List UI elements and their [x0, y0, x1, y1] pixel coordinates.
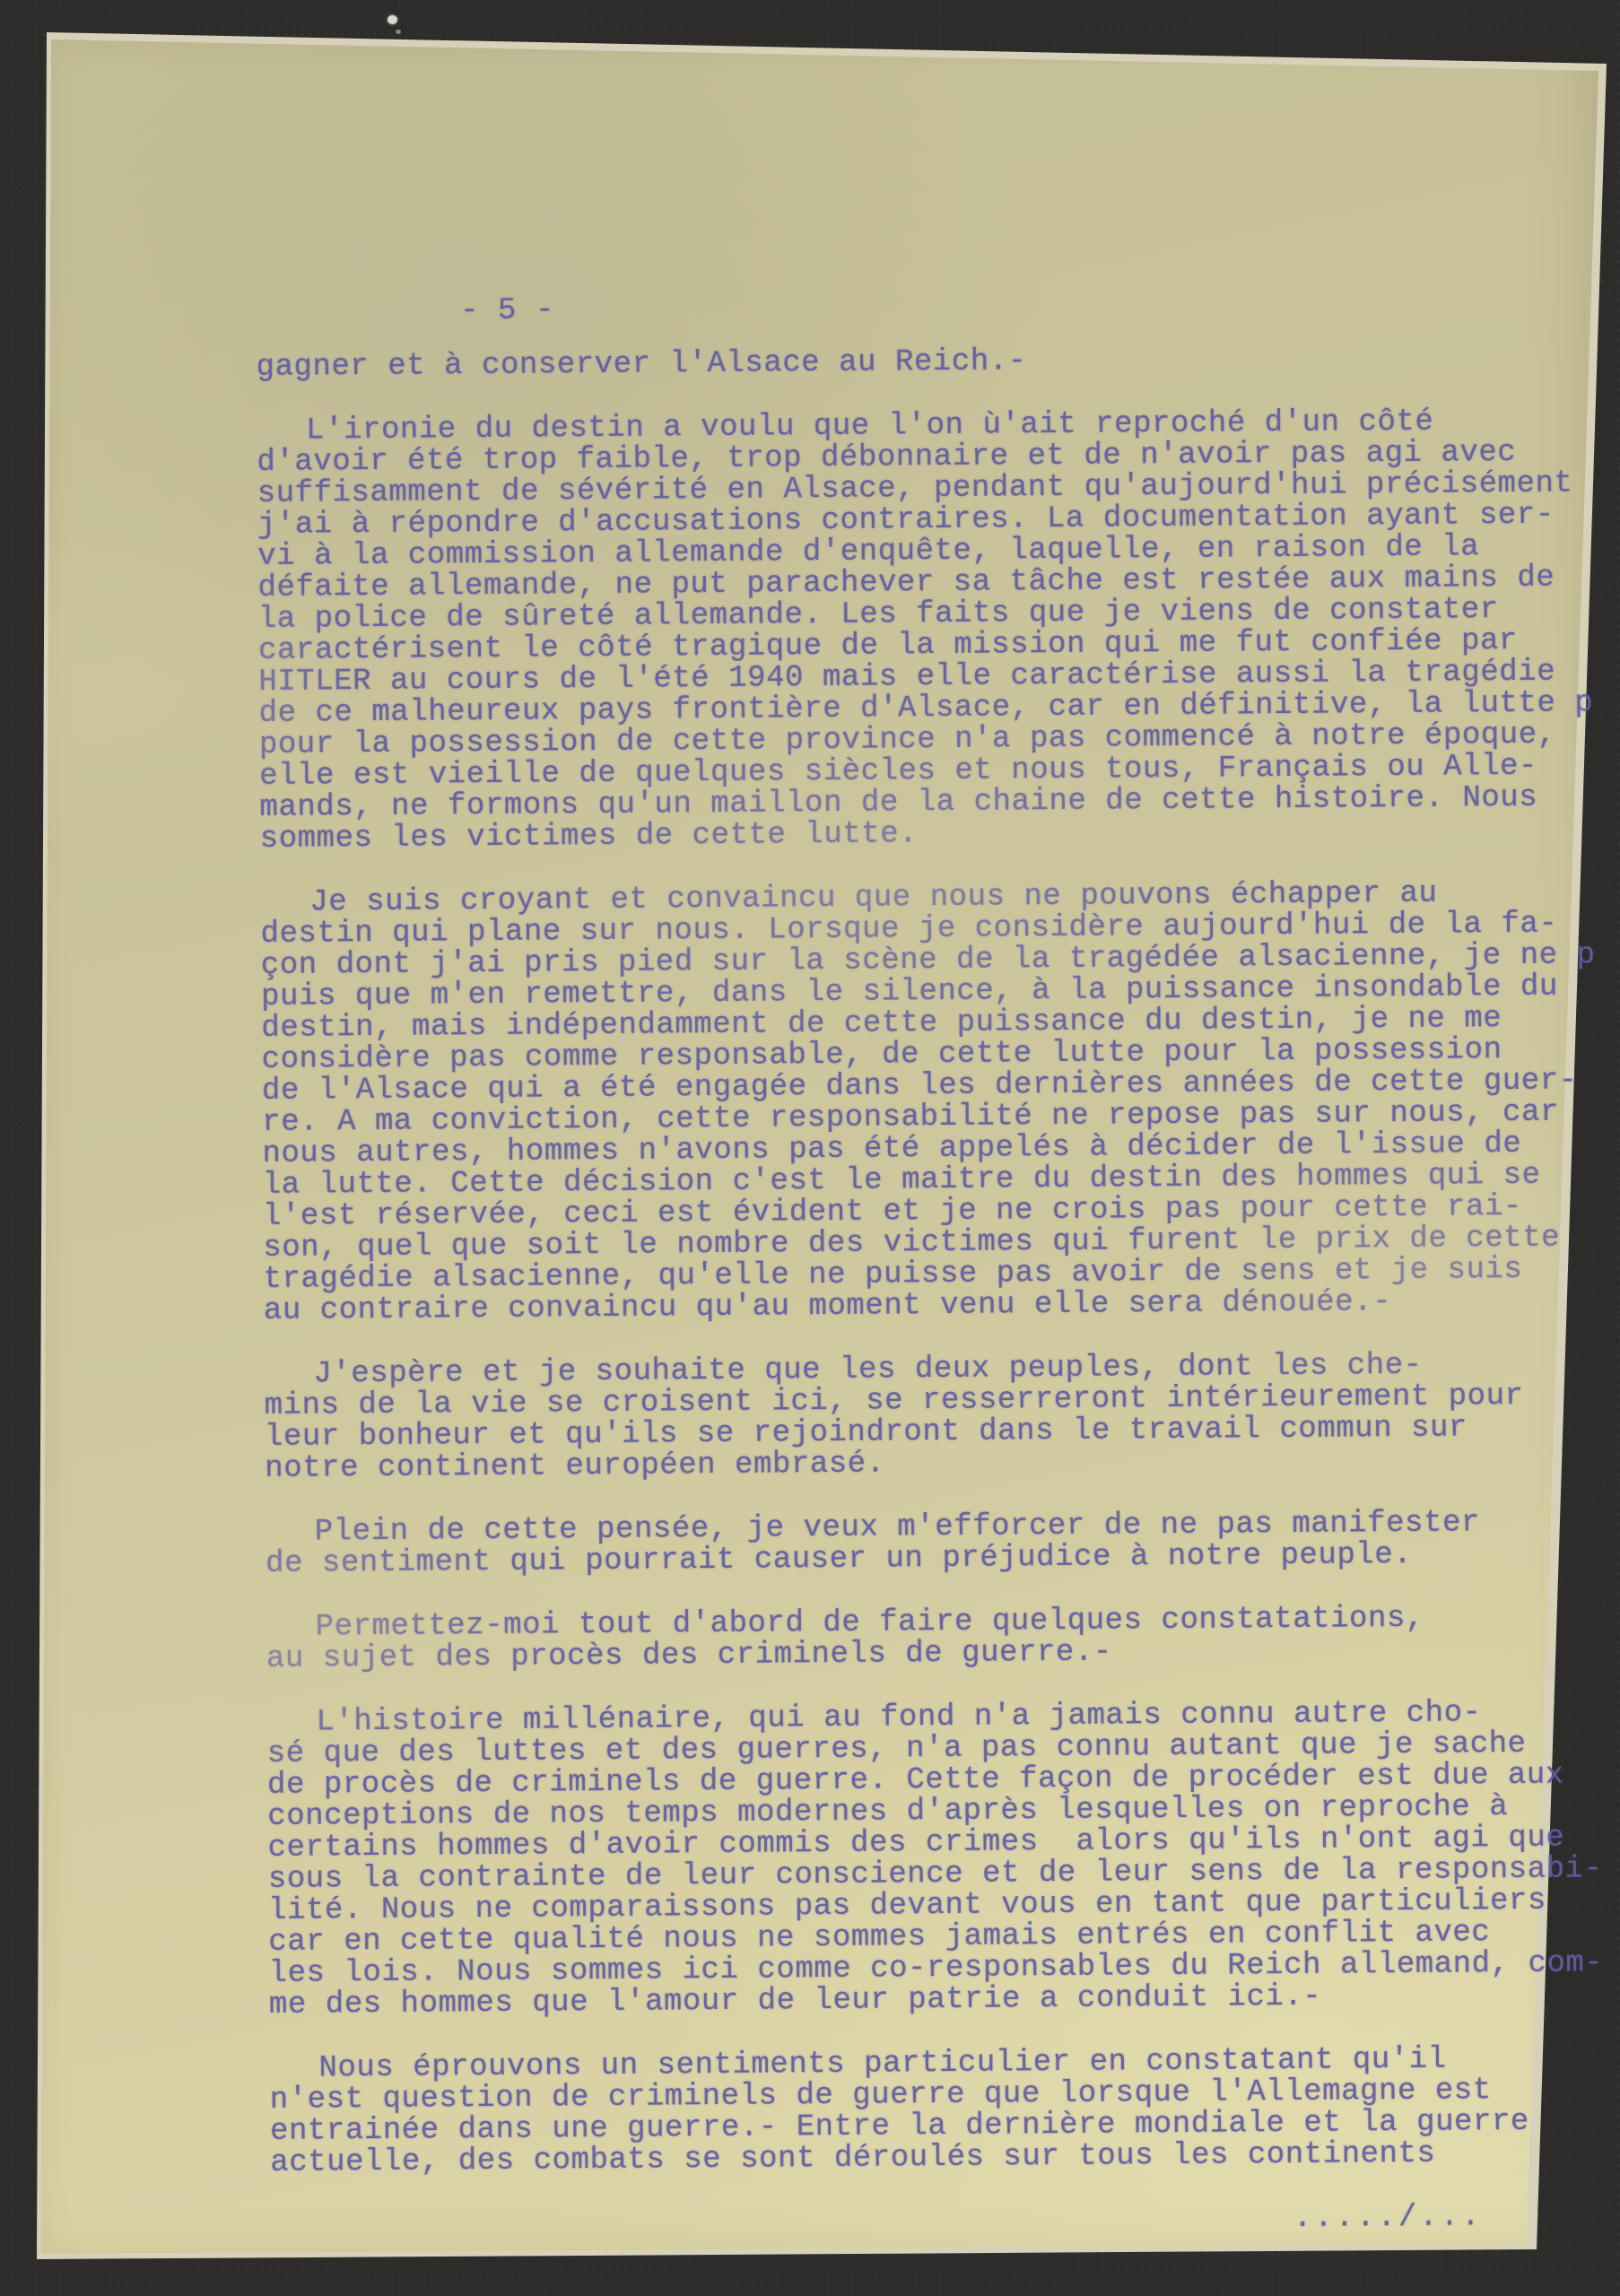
paragraph: L'histoire millénaire, qui au fond n'a j…: [266, 1697, 1620, 2022]
paragraph: Permettez-moi tout d'abord de faire quel…: [266, 1602, 1620, 1675]
typed-text-block: - 5 - gagner et à conserver l'Alsace au …: [256, 287, 1620, 2243]
paragraph: Je suis croyant et convaincu que nous ne…: [260, 877, 1620, 1327]
photo-backdrop: - 5 - gagner et à conserver l'Alsace au …: [0, 0, 1620, 2296]
paragraph: gagner et à conserver l'Alsace au Reich.…: [256, 342, 1619, 384]
continuation-mark: ...../...: [1293, 2201, 1620, 2235]
paragraph: Nous éprouvons un sentiments particulier…: [269, 2043, 1620, 2179]
dust-speck: [396, 30, 401, 34]
paragraph: Plein de cette pensée, je veux m'efforce…: [266, 1507, 1620, 1580]
paragraph: L'ironie du destin a voulu que l'on ù'ai…: [257, 405, 1620, 856]
dust-speck: [388, 15, 397, 24]
paragraph: J'espère et je souhaite que les deux peu…: [264, 1349, 1620, 1485]
